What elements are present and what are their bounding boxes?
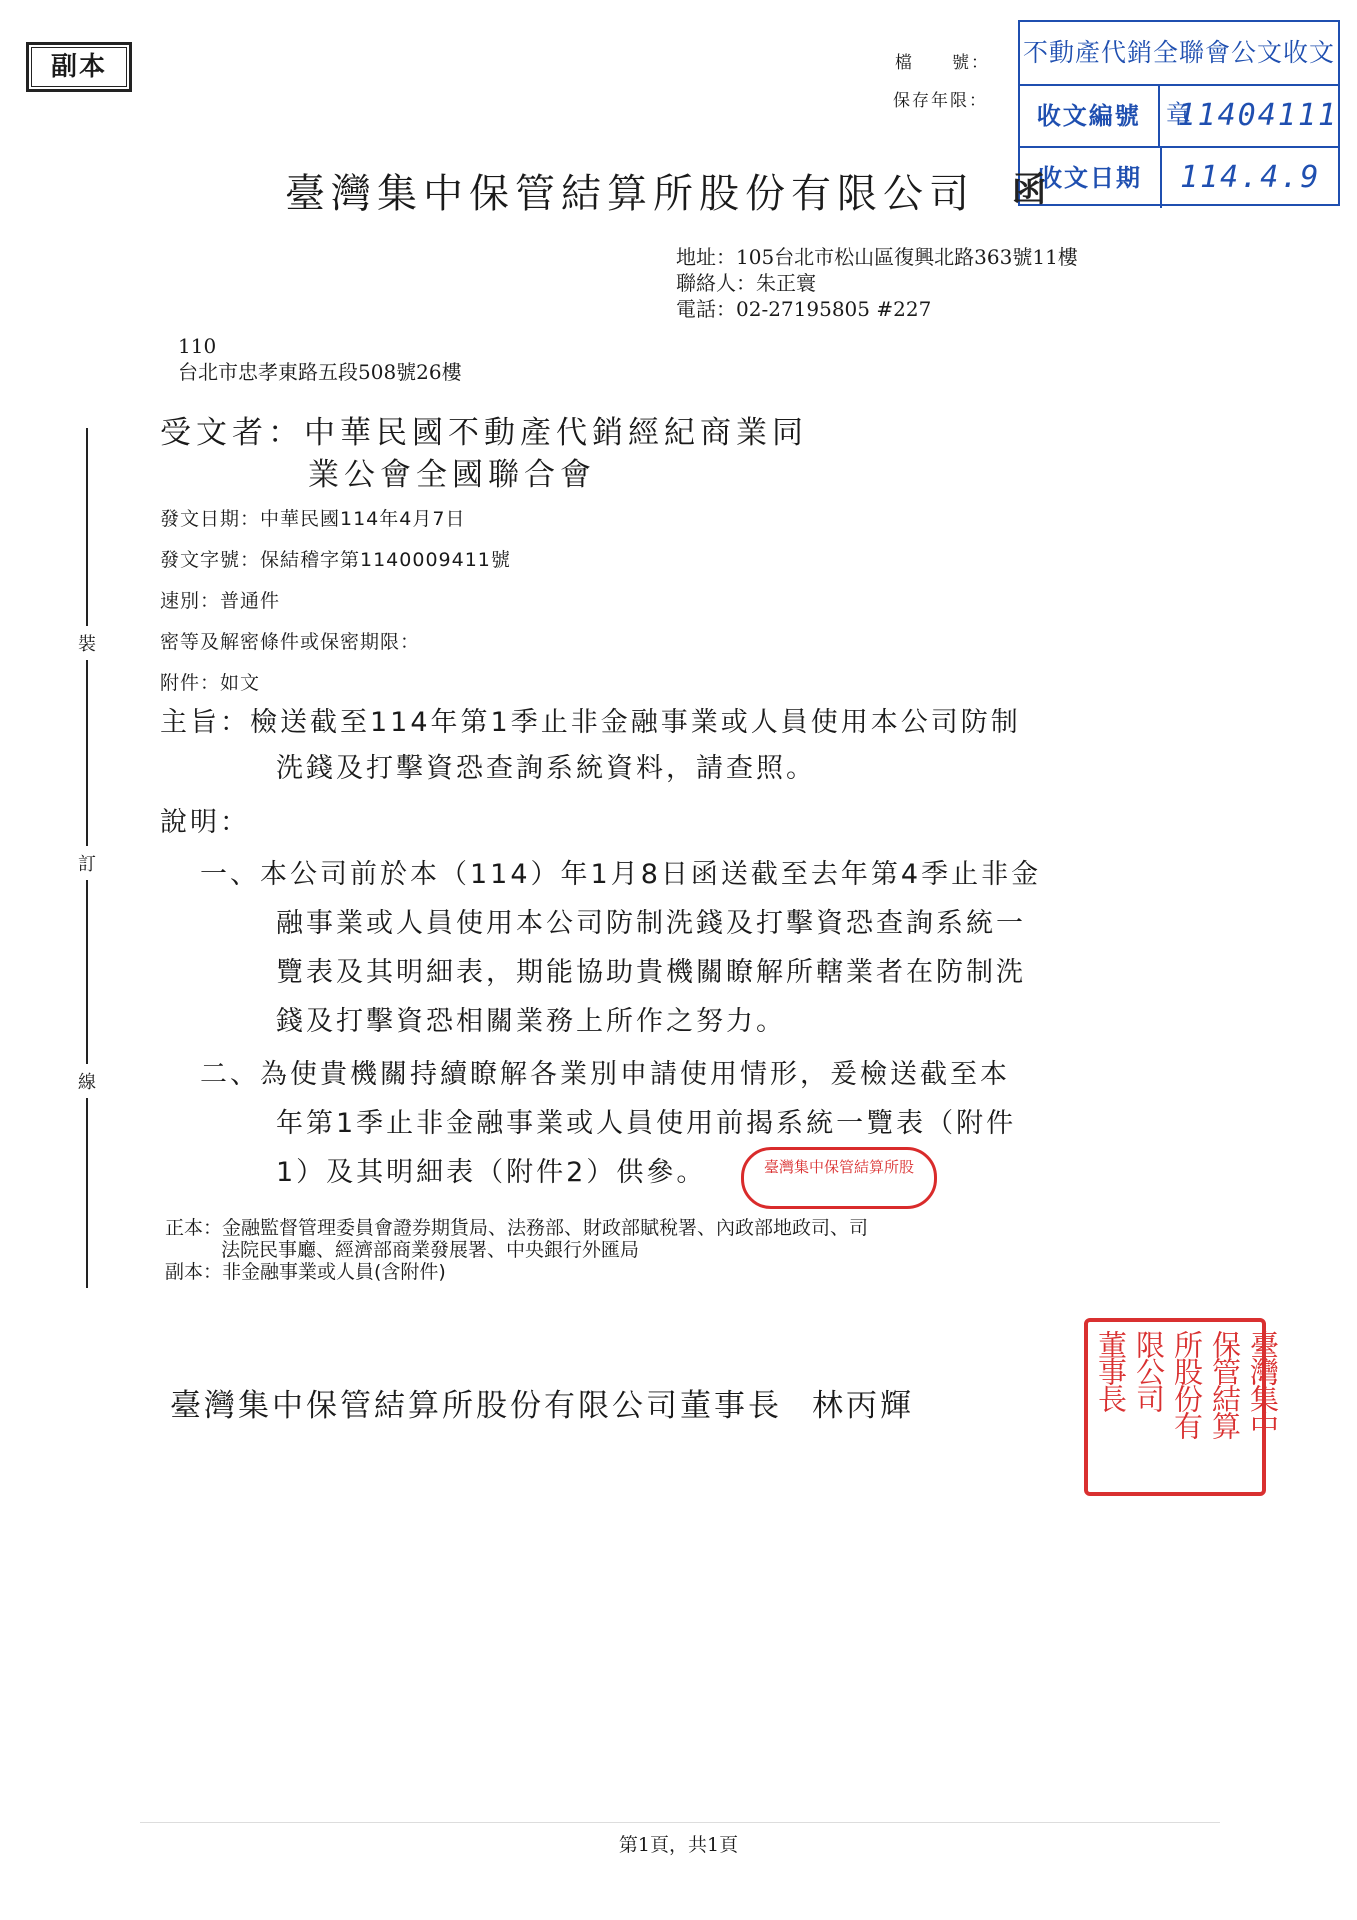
receipt-date-row: 收文日期 114.4.9 (1020, 148, 1338, 208)
copy-mark: 副本 (26, 42, 132, 92)
item-line: 融事業或人員使用本公司防制洗錢及打擊資恐查詢系統一 (200, 899, 1220, 948)
document-number: 發文字號：保結稽字第1140009411號 (160, 545, 511, 572)
file-number-label: 檔 號： (895, 48, 990, 73)
receipt-stamp: 不動產代銷全聯會公文收文章 收文編號 11404111 收文日期 114.4.9 (1018, 20, 1340, 206)
security-class: 密等及解密條件或保密期限： (160, 627, 420, 654)
chairman-seal: 臺灣集中 保管結算 所股份有 限公司 董事長 (1084, 1318, 1266, 1496)
retention-period-label: 保存年限： (893, 86, 988, 111)
issue-date: 發文日期：中華民國114年4月7日 (160, 504, 465, 531)
distribution-list: 正本：金融監督管理委員會證券期貨局、法務部、財政部賦稅署、內政部地政司、司 法院… (165, 1217, 868, 1283)
subject-label: 主旨： (160, 707, 250, 738)
seal-column: 董事長 (1092, 1330, 1130, 1484)
item-marker: 一、 (200, 859, 260, 890)
footer-divider (140, 1822, 1220, 1823)
signatory-title: 臺灣集中保管結算所股份有限公司董事長 (170, 1388, 782, 1424)
subject: 主旨：檢送截至114年第1季止非金融事業或人員使用本公司防制 洗錢及打擊資恐查詢… (160, 700, 1021, 792)
copy-recipients: 副本：非金融事業或人員(含附件) (165, 1261, 868, 1283)
signature-line: 臺灣集中保管結算所股份有限公司董事長林丙輝 (170, 1380, 914, 1425)
item-line: 為使貴機關持續瞭解各業別申請使用情形，爰檢送截至本 (260, 1059, 1010, 1090)
issuer-title: 臺灣集中保管結算所股份有限公司 (285, 162, 975, 219)
seal-column: 所股份有 (1168, 1330, 1206, 1484)
recipient-address: 110 台北市忠孝東路五段508號26樓 (178, 333, 462, 385)
addressee-line2: 業公會全國聯合會 (160, 454, 808, 496)
addressee-line1: 中華民國不動產代銷經紀商業同 (304, 415, 808, 451)
sender-info: 地址：105台北市松山區復興北路363號11樓 聯絡人：朱正寰 電話：02-27… (676, 244, 1078, 322)
subject-line1: 檢送截至114年第1季止非金融事業或人員使用本公司防制 (250, 707, 1021, 738)
attachment: 附件：如文 (160, 668, 260, 695)
receipt-number-label: 收文編號 (1020, 86, 1160, 146)
explanation-heading: 說明： (160, 800, 250, 839)
receipt-stamp-header: 不動產代銷全聯會公文收文章 (1020, 22, 1338, 86)
page-seal-line1: 臺灣集中保管結算所股 (744, 1154, 934, 1180)
seal-column: 限公司 (1130, 1330, 1168, 1484)
page-number: 第1頁，共1頁 (0, 1830, 1357, 1857)
item-marker: 二、 (200, 1059, 260, 1090)
addressee: 受文者：中華民國不動產代銷經紀商業同 業公會全國聯合會 (160, 412, 808, 496)
seal-column: 保管結算 (1206, 1330, 1244, 1484)
signatory-name: 林丙輝 (812, 1388, 914, 1424)
item-line: 覽表及其明細表，期能協助貴機關瞭解所轄業者在防制洗 (200, 948, 1220, 997)
letter-type-char: 函 (1012, 162, 1046, 211)
sender-contact: 聯絡人：朱正寰 (676, 270, 1078, 296)
binding-char-ding: 訂 (74, 846, 100, 880)
receipt-number-row: 收文編號 11404111 (1020, 86, 1338, 148)
recipient-postal-code: 110 (178, 333, 462, 359)
explanation-item-1: 一、本公司前於本（114）年1月8日函送截至去年第4季止非金 融事業或人員使用本… (200, 850, 1220, 1046)
receipt-date-value: 114.4.9 (1162, 148, 1338, 208)
item-line: 1）及其明細表（附件2）供參。 (200, 1148, 1220, 1197)
speed-class: 速別：普通件 (160, 586, 280, 613)
binding-char-xian: 線 (74, 1064, 100, 1098)
item-line: 錢及打擊資恐相關業務上所作之努力。 (200, 997, 1220, 1046)
explanation-item-2: 二、為使貴機關持續瞭解各業別申請使用情形，爰檢送截至本 年第1季止非金融事業或人… (200, 1050, 1220, 1197)
seal-column: 臺灣集中 (1244, 1330, 1282, 1484)
recipient-street: 台北市忠孝東路五段508號26樓 (178, 359, 462, 385)
sender-address: 地址：105台北市松山區復興北路363號11樓 (676, 244, 1078, 270)
sender-phone: 電話：02-27195805 #227 (676, 296, 1078, 322)
binding-char-zhuang: 裝 (74, 626, 100, 660)
item-line: 年第1季止非金融事業或人員使用前揭系統一覽表（附件 (200, 1099, 1220, 1148)
original-recipients-line2: 法院民事廳、經濟部商業發展署、中央銀行外匯局 (165, 1239, 868, 1261)
page-seal-oval: 臺灣集中保管結算所股 (741, 1147, 937, 1209)
item-line: 本公司前於本（114）年1月8日函送截至去年第4季止非金 (260, 859, 1041, 890)
original-recipients-line1: 正本：金融監督管理委員會證券期貨局、法務部、財政部賦稅署、內政部地政司、司 (165, 1217, 868, 1239)
subject-line2: 洗錢及打擊資恐查詢系統資料，請查照。 (160, 746, 1021, 792)
receipt-number-value: 11404111 (1160, 86, 1339, 146)
addressee-label: 受文者： (160, 415, 304, 451)
